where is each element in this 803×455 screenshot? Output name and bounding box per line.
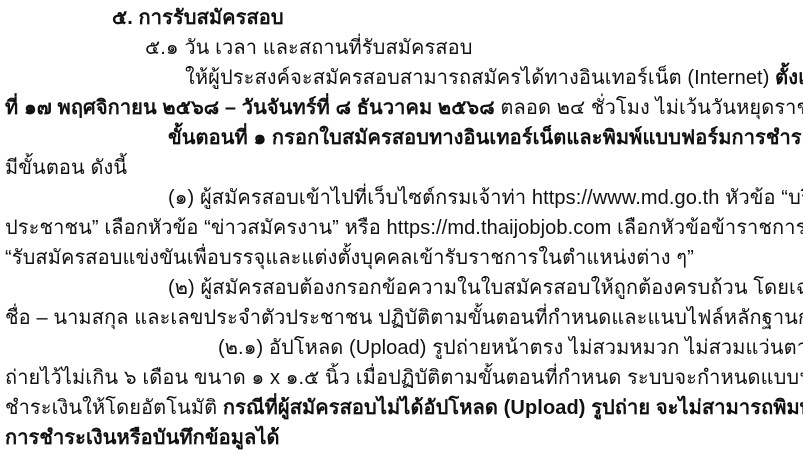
text-run: ให้ผู้ประสงค์จะสมัครสอบสามารถสมัครได้ทาง…: [185, 67, 775, 89]
bold-text-run: ที่ ๑๗ พฤศจิกายน ๒๕๖๘ – วันจันทร์ที่ ๘ ธ…: [5, 97, 495, 119]
text-line: (๒.๑) อัปโหลด (Upload) รูปถ่ายหน้าตรง ไม…: [0, 333, 799, 363]
text-run: ถ่ายไว้ไม่เกิน ๖ เดือน ขนาด ๑ x ๑.๕ นิ้ว…: [5, 367, 803, 389]
text-run: ตลอด ๒๔ ชั่วโมง ไม่เว้นวันหยุดราชการ ตาม…: [495, 97, 803, 119]
text-run: “รับสมัครสอบแข่งขันเพื่อบรรจุและแต่งตั้ง…: [5, 247, 694, 269]
text-line: ขั้นตอนที่ ๑ กรอกใบสมัครสอบทางอินเทอร์เน…: [0, 123, 799, 153]
text-line: “รับสมัครสอบแข่งขันเพื่อบรรจุและแต่งตั้ง…: [0, 243, 799, 273]
text-run: ประชาชน” เลือกหัวข้อ “ข่าวสมัครงาน” หรือ…: [5, 217, 803, 239]
text-line: ที่ ๑๗ พฤศจิกายน ๒๕๖๘ – วันจันทร์ที่ ๘ ธ…: [0, 93, 799, 123]
bold-text-run: กรณีที่ผู้สมัครสอบไม่ได้อัปโหลด (Upload)…: [223, 397, 803, 419]
text-run: ๕.๑ วัน เวลา และสถานที่รับสมัครสอบ: [145, 37, 473, 59]
text-run: (๑) ผู้สมัครสอบเข้าไปที่เว็บไซต์กรมเจ้าท…: [168, 187, 803, 209]
text-run: ชำระเงินให้โดยอัตโนมัติ: [5, 397, 223, 419]
document-page: ๕. การรับสมัครสอบ๕.๑ วัน เวลา และสถานที่…: [0, 0, 803, 455]
text-line: ให้ผู้ประสงค์จะสมัครสอบสามารถสมัครได้ทาง…: [0, 63, 799, 93]
text-line: ชื่อ – นามสกุล และเลขประจำตัวประชาชน ปฏิ…: [0, 303, 799, 333]
text-line: (๒) ผู้สมัครสอบต้องกรอกข้อความในใบสมัครส…: [0, 273, 799, 303]
document-body: ๕. การรับสมัครสอบ๕.๑ วัน เวลา และสถานที่…: [0, 3, 799, 453]
bold-text-run: ๕. การรับสมัครสอบ: [112, 7, 284, 29]
text-run: มีขั้นตอน ดังนี้: [5, 157, 127, 179]
text-line: ถ่ายไว้ไม่เกิน ๖ เดือน ขนาด ๑ x ๑.๕ นิ้ว…: [0, 363, 799, 393]
text-line: ๕. การรับสมัครสอบ: [0, 3, 799, 33]
text-line: (๑) ผู้สมัครสอบเข้าไปที่เว็บไซต์กรมเจ้าท…: [0, 183, 799, 213]
text-line: ชำระเงินให้โดยอัตโนมัติ กรณีที่ผู้สมัครส…: [0, 393, 799, 423]
text-line: มีขั้นตอน ดังนี้: [0, 153, 799, 183]
bold-text-run: ตั้งแต่วันจันทร์: [775, 67, 803, 89]
text-line: ประชาชน” เลือกหัวข้อ “ข่าวสมัครงาน” หรือ…: [0, 213, 799, 243]
bold-text-run: ขั้นตอนที่ ๑ กรอกใบสมัครสอบทางอินเทอร์เน…: [168, 127, 803, 149]
bold-text-run: การชำระเงินหรือบันทึกข้อมูลได้: [5, 427, 280, 449]
text-run: (๒.๑) อัปโหลด (Upload) รูปถ่ายหน้าตรง ไม…: [218, 337, 803, 359]
text-line: ๕.๑ วัน เวลา และสถานที่รับสมัครสอบ: [0, 33, 799, 63]
text-run: ชื่อ – นามสกุล และเลขประจำตัวประชาชน ปฏิ…: [5, 307, 803, 329]
text-run: (๒) ผู้สมัครสอบต้องกรอกข้อความในใบสมัครส…: [168, 277, 803, 299]
text-line: การชำระเงินหรือบันทึกข้อมูลได้: [0, 423, 799, 453]
